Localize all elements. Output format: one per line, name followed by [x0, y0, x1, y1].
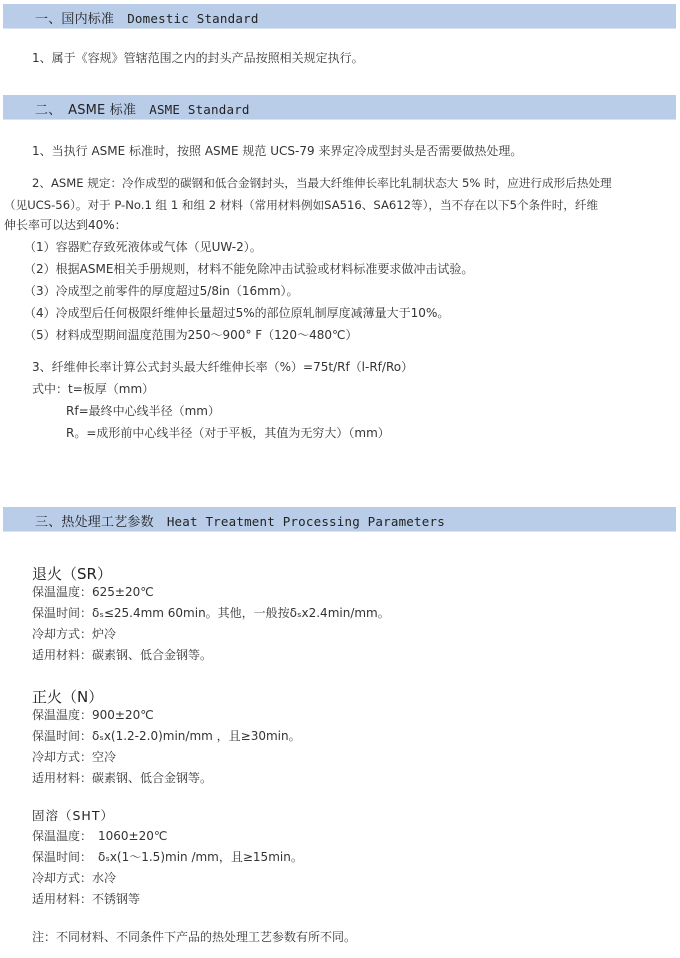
formula-ro: R。=成形前中心线半径（对于平板，其值为无穷大）（mm） — [66, 425, 390, 441]
solution-materials: 适用材料：不锈钢等 — [32, 891, 140, 907]
domestic-item-1: 1、属于《容规》管辖范围之内的封头产品按照相关规定执行。 — [32, 50, 364, 66]
header-en: Domestic Standard — [127, 11, 258, 26]
formula-intro: 式中：t=板厚（mm） — [32, 381, 154, 397]
header-en: ASME Standard — [149, 102, 249, 117]
solution-time: 保温时间： δₛx(1～1.5)min /mm，且≥15min。 — [32, 849, 303, 865]
footnote: 注：不同材料、不同条件下产品的热处理工艺参数有所不同。 — [32, 929, 356, 945]
process-title-solution: 固溶（SHT） — [32, 806, 114, 824]
section-header-domestic: 一、国内标准 Domestic Standard — [3, 4, 676, 29]
normalizing-materials: 适用材料：碳素钢、低合金钢等。 — [32, 770, 212, 786]
condition-1: （1）容器贮存致死液体或气体（见UW-2）。 — [24, 239, 262, 255]
process-title-annealing: 退火（SR） — [32, 563, 112, 584]
normalizing-cooling: 冷却方式：空冷 — [32, 749, 116, 765]
asme-item-1: 1、当执行 ASME 标准时，按照 ASME 规范 UCS-79 来界定冷成型封… — [32, 143, 522, 159]
solution-cooling: 冷却方式：水冷 — [32, 870, 116, 886]
formula-rf: Rf=最终中心线半径（mm） — [66, 403, 220, 419]
condition-4: （4）冷成型后任何极限纤维伸长量超过5%的部位原轧制厚度减薄量大于10%。 — [24, 305, 449, 321]
normalizing-temp: 保温温度：900±20℃ — [32, 707, 154, 723]
annealing-temp: 保温温度：625±20℃ — [32, 584, 154, 600]
annealing-materials: 适用材料：碳素钢、低合金钢等。 — [32, 647, 212, 663]
header-cn: 一、国内标准 — [35, 12, 114, 27]
asme-item-2-line-3: 伸长率可以达到40%： — [4, 217, 127, 233]
process-title-normalizing: 正火（N） — [32, 686, 103, 707]
asme-item-2-line-2: （见UCS-56）。对于 P-No.1 组 1 和组 2 材料（常用材料例如SA… — [4, 197, 598, 213]
header-en: Heat Treatment Processing Parameters — [167, 514, 445, 529]
asme-item-3: 3、纤维伸长率计算公式封头最大纤维伸长率（%）=75t/Rf（l-Rf/Ro） — [32, 359, 413, 375]
annealing-time: 保温时间：δₛ≤25.4mm 60min。其他，一般按δₛx2.4min/mm。 — [32, 605, 390, 621]
section-header-heat-treatment: 三、热处理工艺参数 Heat Treatment Processing Para… — [3, 507, 676, 532]
condition-2: （2）根据ASME相关手册规则，材料不能免除冲击试验或材料标准要求做冲击试验。 — [24, 261, 473, 277]
header-cn: 二、 ASME 标准 — [35, 103, 136, 118]
section-header-asme: 二、 ASME 标准 ASME Standard — [3, 95, 676, 120]
solution-temp: 保温温度： 1060±20℃ — [32, 828, 167, 844]
condition-3: （3）冷成型之前零件的厚度超过5/8in（16mm）。 — [24, 283, 299, 299]
annealing-cooling: 冷却方式：炉冷 — [32, 626, 116, 642]
normalizing-time: 保温时间：δₛx(1.2-2.0)min/mm ，且≥30min。 — [32, 728, 301, 744]
condition-5: （5）材料成型期间温度范围为250～900° F（120～480℃） — [24, 327, 357, 343]
header-cn: 三、热处理工艺参数 — [35, 515, 154, 530]
asme-item-2-line-1: 2、ASME 规定：冷作成型的碳钢和低合金钢封头，当最大纤维伸长率比轧制状态大 … — [32, 175, 612, 191]
